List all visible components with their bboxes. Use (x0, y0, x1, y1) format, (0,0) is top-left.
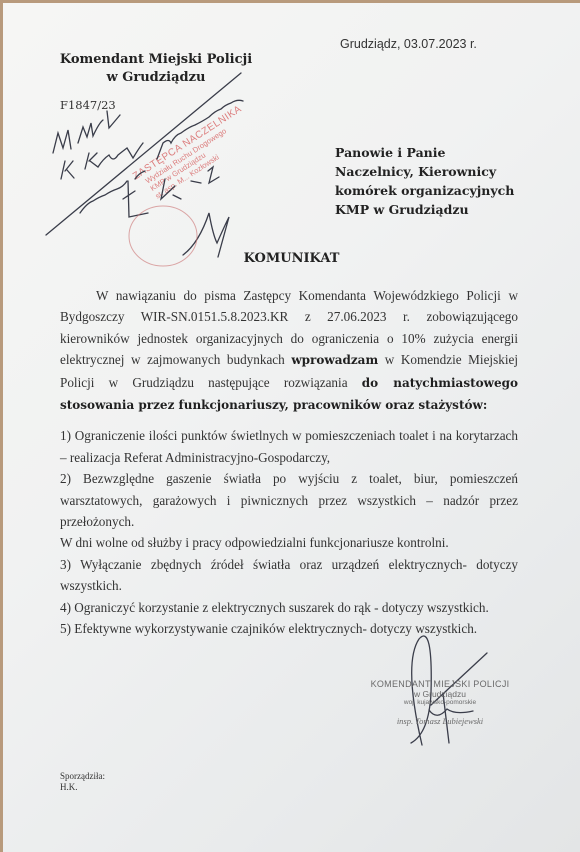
prepared-by-label: Sporządziła: (60, 771, 105, 782)
prepared-by-initials: H.K. (60, 782, 105, 793)
intro-paragraph: W nawiązaniu do pisma Zastępcy Komendant… (60, 285, 518, 416)
signature-stamp-line-3: woj. kujawsko-pomorskie (365, 699, 515, 706)
document-title: KOMUNIKAT (3, 251, 580, 266)
document-page: Komendant Miejski Policji w Grudziądzu G… (3, 3, 580, 852)
list-item-2-note: W dni wolne od służby i pracy odpowiedzi… (60, 532, 518, 553)
list-item-1: 1) Ograniczenie ilości punktów świetlnyc… (60, 425, 518, 468)
list-item-4: 4) Ograniczyć korzystanie z elektrycznyc… (60, 597, 518, 618)
list-item-3: 3) Wyłączanie zbędnych źródeł światła or… (60, 554, 518, 597)
prepared-by: Sporządziła: H.K. (60, 771, 105, 793)
signature-stamp-line-2: w Grudziądzu (365, 689, 515, 699)
document-body: W nawiązaniu do pisma Zastępcy Komendant… (60, 285, 518, 640)
spacer (60, 416, 518, 425)
list-item-5: 5) Efektywne wykorzystywanie czajników e… (60, 618, 518, 639)
signature-stamp-line-1: KOMENDANT MIEJSKI POLICJI (365, 679, 515, 689)
list-item-2: 2) Bezwzględne gaszenie światła po wyjśc… (60, 468, 518, 532)
commander-signature-stamp: KOMENDANT MIEJSKI POLICJI w Grudziądzu w… (365, 679, 515, 726)
signature-stamp-name: insp. Tomasz Lubiejewski (365, 716, 515, 726)
intro-bold-1: wprowadzam (291, 353, 378, 367)
